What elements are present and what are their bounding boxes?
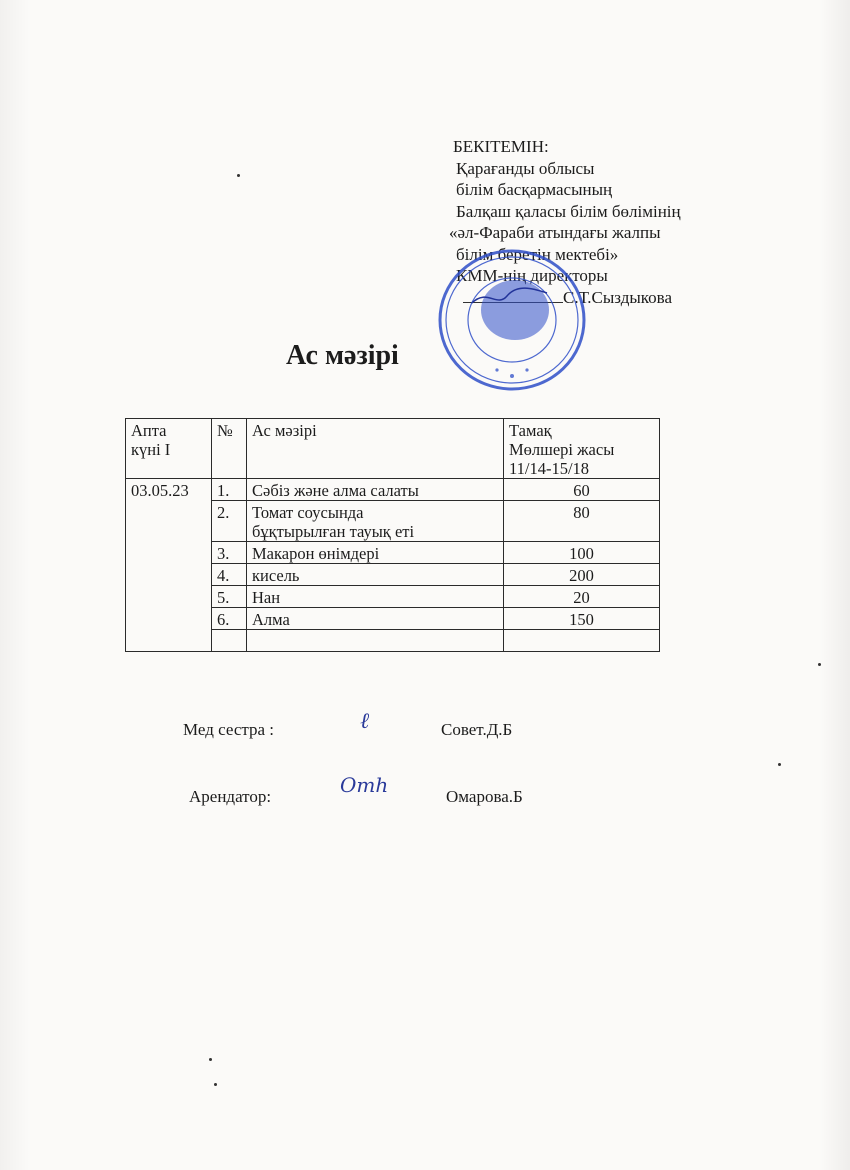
tenant-signature-icon: Оmh	[340, 773, 388, 797]
approval-line: Қарағанды облысы	[456, 158, 681, 180]
row-number: 5.	[212, 586, 247, 608]
dish-name: Томат соусындабұқтырылған тауық еті	[247, 501, 504, 542]
row-number: 6.	[212, 608, 247, 630]
header-week-day: Аптакүні I	[126, 419, 212, 479]
dish-name: Макарон өнімдері	[247, 542, 504, 564]
scan-speck	[209, 1058, 212, 1061]
portion-value: 60	[504, 479, 660, 501]
dish-name: Алма	[247, 608, 504, 630]
row-number: 4.	[212, 564, 247, 586]
approval-heading: БЕКІТЕМІН:	[453, 136, 681, 158]
empty-cell	[247, 630, 504, 652]
date-cell: 03.05.23	[126, 479, 212, 652]
portion-value: 200	[504, 564, 660, 586]
portion-value: 20	[504, 586, 660, 608]
nurse-label: Мед сестра :	[183, 720, 274, 740]
document-title: Ас мәзірі	[286, 340, 399, 372]
dish-name: Сәбіз және алма салаты	[247, 479, 504, 501]
table-row: 03.05.23 1. Сәбіз және алма салаты 60	[126, 479, 660, 501]
dish-name: Нан	[247, 586, 504, 608]
empty-cell	[504, 630, 660, 652]
nurse-name: Совет.Д.Б	[441, 720, 512, 740]
tenant-name: Омарова.Б	[446, 787, 523, 807]
approval-line: Балқаш қаласы білім бөлімінің	[456, 201, 681, 223]
scan-speck	[237, 174, 240, 177]
tenant-label: Арендатор:	[189, 787, 271, 807]
header-portion: ТамақМөлшері жасы11/14-15/18	[504, 419, 660, 479]
approval-line: «әл-Фараби атындағы жалпы	[449, 222, 681, 244]
scan-speck	[778, 763, 781, 766]
row-number: 1.	[212, 479, 247, 501]
scan-speck	[214, 1083, 217, 1086]
row-number: 3.	[212, 542, 247, 564]
empty-cell	[212, 630, 247, 652]
portion-value: 100	[504, 542, 660, 564]
header-number: №	[212, 419, 247, 479]
table-header-row: Аптакүні I № Ас мәзірі ТамақМөлшері жасы…	[126, 419, 660, 479]
scan-speck	[818, 663, 821, 666]
portion-value: 150	[504, 608, 660, 630]
row-number: 2.	[212, 501, 247, 542]
menu-table: Аптакүні I № Ас мәзірі ТамақМөлшері жасы…	[125, 418, 660, 652]
dish-name: кисель	[247, 564, 504, 586]
nurse-signature-icon: ℓ	[360, 708, 369, 734]
portion-value: 80	[504, 501, 660, 542]
official-stamp-icon	[437, 248, 587, 393]
header-menu: Ас мәзірі	[247, 419, 504, 479]
approval-line: білім басқармасының	[456, 179, 681, 201]
